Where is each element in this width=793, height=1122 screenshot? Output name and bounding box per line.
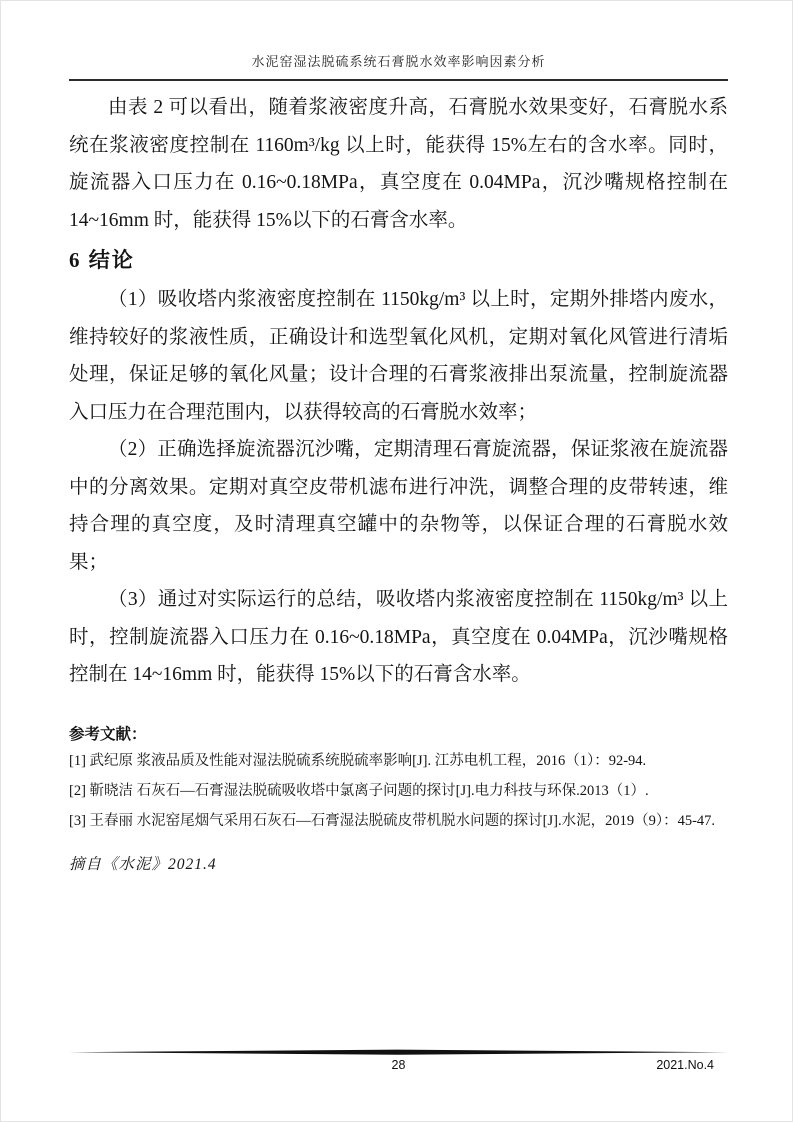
page-footer: 28 2021.No.4 xyxy=(69,1049,728,1076)
references-heading: 参考文献： xyxy=(69,724,728,746)
footer-tapered-rule xyxy=(69,1049,728,1056)
reference-item-1: [1] 武纪原 浆液品质及性能对湿法脱硫系统脱硫率影响[J]. 江苏电机工程，2… xyxy=(69,746,728,776)
source-note: 摘自《水泥》2021.4 xyxy=(69,854,728,876)
reference-item-2: [2] 靳晓洁 石灰石—石膏湿法脱硫吸收塔中氯离子问题的探讨[J].电力科技与环… xyxy=(69,776,728,806)
intro-paragraph: 由表 2 可以看出，随着浆液密度升高，石膏脱水效果变好，石膏脱水系统在浆液密度控… xyxy=(69,89,728,239)
page-content: 由表 2 可以看出，随着浆液密度升高，石膏脱水效果变好，石膏脱水系统在浆液密度控… xyxy=(69,89,728,876)
conclusion-paragraph-2: （2）正确选择旋流器沉沙嘴，定期清理石膏旋流器，保证浆液在旋流器中的分离效果。定… xyxy=(69,431,728,581)
conclusion-paragraph-1: （1）吸收塔内浆液密度控制在 1150kg/m³ 以上时，定期外排塔内废水，维持… xyxy=(69,281,728,431)
conclusion-paragraph-3: （3）通过对实际运行的总结，吸收塔内浆液密度控制在 1150kg/m³ 以上时，… xyxy=(69,581,728,694)
section-heading-conclusion: 6 结论 xyxy=(69,240,728,280)
document-page: 水泥窑湿法脱硫系统石膏脱水效率影响因素分析 由表 2 可以看出，随着浆液密度升高… xyxy=(0,0,793,1122)
running-header-title: 水泥窑湿法脱硫系统石膏脱水效率影响因素分析 xyxy=(69,51,728,81)
reference-item-3: [3] 王春丽 水泥窑尾烟气采用石灰石—石膏湿法脱硫皮带机脱水问题的探讨[J].… xyxy=(69,806,728,836)
issue-label: 2021.No.4 xyxy=(656,1058,714,1072)
page-number: 28 xyxy=(69,1058,728,1072)
footer-row: 28 2021.No.4 xyxy=(69,1058,728,1076)
